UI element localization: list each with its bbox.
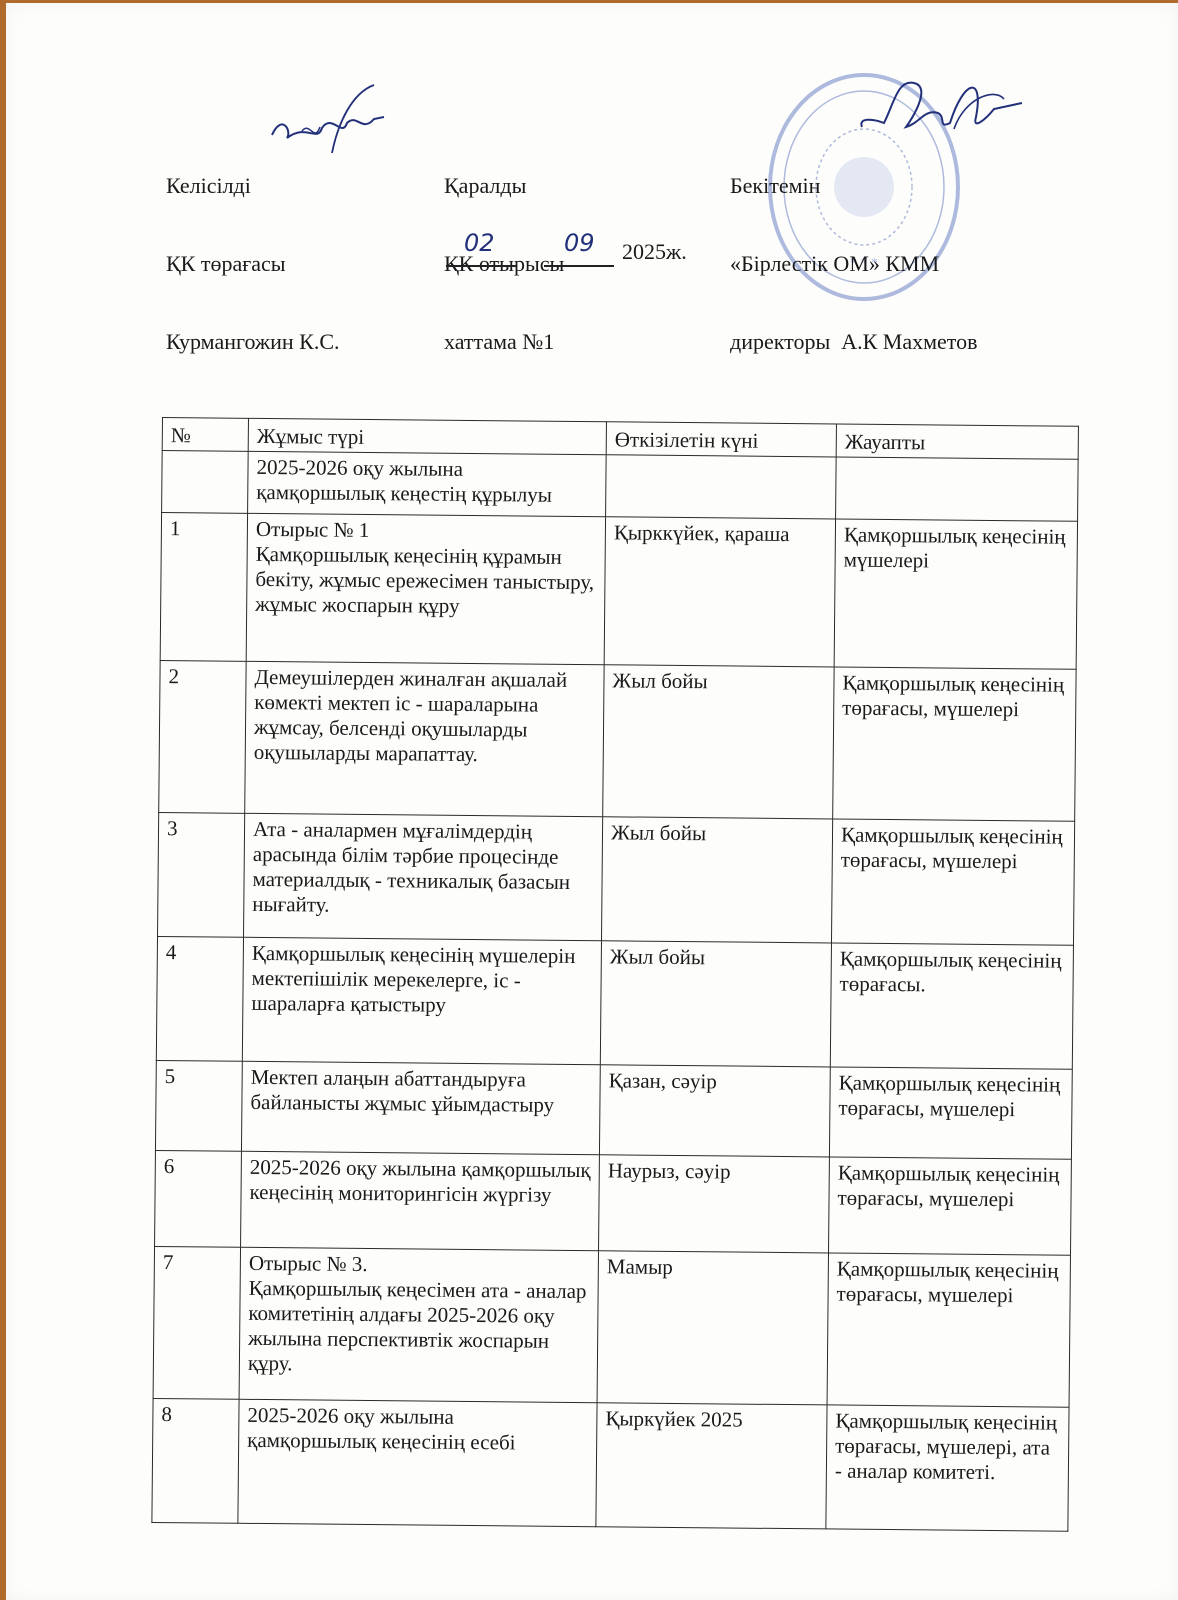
row-work: Демеушілерден жиналған ақшалай көмекті м… xyxy=(245,661,604,816)
row-date: Қырккүйек, қараша xyxy=(604,517,835,667)
column-header-work-type: Жұмыс түрі xyxy=(248,418,606,454)
row-date: Жыл бойы xyxy=(600,941,831,1067)
row-number: 2 xyxy=(159,660,246,813)
row-date: Мамыр xyxy=(597,1251,828,1405)
document-page: Келісілді ҚК төрағасы Курмангожин К.С. Қ… xyxy=(6,3,1178,1600)
approved-organization: «Бірлестік ОМ» КММ xyxy=(730,251,978,277)
row-number: 6 xyxy=(155,1150,242,1247)
date-year: 2025ж. xyxy=(622,239,687,265)
row-responsible xyxy=(836,457,1079,521)
table-row: 7 Отырыс № 3. Қамқоршылық кеңесімен ата … xyxy=(153,1246,1070,1407)
row-date xyxy=(606,455,837,519)
approved-label: Бекітемін xyxy=(730,173,978,199)
row-number xyxy=(162,451,249,514)
table-row: 1 Отырыс № 1 Қамқоршылық кеңесінің құрам… xyxy=(160,513,1077,670)
row-work: Қамқоршылық кеңесінің мүшелерін мектепіш… xyxy=(242,937,601,1064)
row-responsible: Қамқоршылық кеңесінің төрағасы, мүшелері xyxy=(829,1067,1072,1159)
row-number: 7 xyxy=(153,1246,240,1399)
table-row: 4 Қамқоршылық кеңесінің мүшелерін мектеп… xyxy=(156,936,1073,1069)
row-number: 3 xyxy=(158,812,245,937)
column-header-number: № xyxy=(162,418,248,452)
row-date: Қыркүйек 2025 xyxy=(596,1403,827,1529)
row-work: 2025-2026 оқу жылына қамқоршылық кеңесін… xyxy=(241,1151,600,1250)
table-row: 8 2025-2026 оқу жылына қамқоршылық кеңес… xyxy=(152,1398,1069,1531)
row-work: Мектеп алаңын абаттандыруға байланысты ж… xyxy=(241,1061,600,1154)
row-number: 1 xyxy=(160,513,247,662)
table-row: 5 Мектеп алаңын абаттандыруға байланысты… xyxy=(155,1060,1072,1159)
row-responsible: Қамқоршылық кеңесінің төрағасы, мүшелері xyxy=(829,1157,1072,1255)
signature-left-icon xyxy=(262,83,392,163)
row-work: Отырыс № 1 Қамқоршылық кеңесінің құрамын… xyxy=(246,513,605,664)
row-date: Жыл бойы xyxy=(601,817,832,943)
row-date: Наурыз, сәуір xyxy=(599,1155,830,1253)
column-header-date: Өткізілетін күні xyxy=(606,422,836,457)
row-work: Ата - аналармен мұғалімдердің арасында б… xyxy=(244,813,603,940)
column-header-responsible: Жауапты xyxy=(836,424,1078,459)
reviewed-label: Қаралды xyxy=(444,173,564,199)
row-work: 2025-2026 оқу жылына қамқоршылық кеңесін… xyxy=(238,1399,597,1526)
header-agreed-block: Келісілді ҚК төрағасы Курмангожин К.С. xyxy=(166,121,340,407)
row-responsible: Қамқоршылық кеңесінің төрағасы. xyxy=(830,943,1073,1069)
agreed-role: ҚК төрағасы xyxy=(166,251,340,277)
work-plan-table: № Жұмыс түрі Өткізілетін күні Жауапты 20… xyxy=(151,417,1078,1532)
row-responsible: Қамқоршылық кеңесінің мүшелері xyxy=(834,519,1077,669)
row-number: 8 xyxy=(152,1398,239,1523)
row-responsible: Қамқоршылық кеңесінің төрағасы, мүшелері… xyxy=(826,1405,1069,1531)
date-day: 02 xyxy=(464,229,495,257)
signature-right-icon xyxy=(854,69,1029,149)
table-row: 2 Демеушілерден жиналған ақшалай көмекті… xyxy=(159,660,1076,821)
row-date: Жыл бойы xyxy=(603,665,834,819)
table-row: 6 2025-2026 оқу жылына қамқоршылық кеңес… xyxy=(155,1150,1072,1255)
agreed-label: Келісілді xyxy=(166,173,340,199)
approved-director: директоры А.К Махметов xyxy=(730,329,978,355)
agreed-name: Курмангожин К.С. xyxy=(166,329,340,355)
row-work: Отырыс № 3. Қамқоршылық кеңесімен ата - … xyxy=(239,1247,598,1402)
row-work: 2025-2026 оқу жылына қамқоршылық кеңесті… xyxy=(248,451,607,516)
header-approved-block: Бекітемін «Бірлестік ОМ» КММ директоры А… xyxy=(730,121,978,407)
date-month: 09 xyxy=(564,229,595,257)
row-number: 4 xyxy=(156,936,243,1061)
row-responsible: Қамқоршылық кеңесінің төрағасы, мүшелері xyxy=(827,1253,1070,1407)
table-row: 3 Ата - аналармен мұғалімдердің арасында… xyxy=(158,812,1075,945)
row-responsible: Қамқоршылық кеңесінің төрағасы, мүшелері xyxy=(833,667,1076,821)
row-date: Қазан, сәуір xyxy=(599,1065,830,1157)
row-number: 5 xyxy=(155,1060,242,1151)
reviewed-protocol: хаттама №1 xyxy=(444,329,564,355)
row-responsible: Қамқоршылық кеңесінің төрағасы, мүшелері xyxy=(831,819,1074,945)
table-row: 2025-2026 оқу жылына қамқоршылық кеңесті… xyxy=(162,451,1079,522)
